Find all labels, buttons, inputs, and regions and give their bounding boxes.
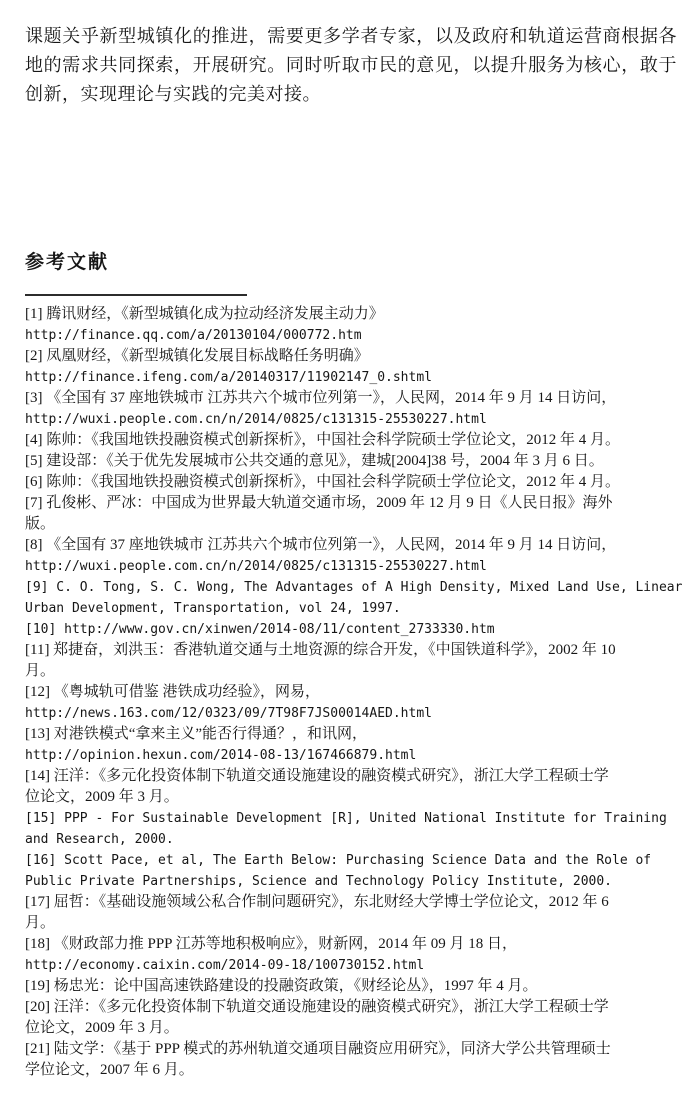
reference-text-line: [8] 《全国有 37 座地铁城市 江苏共六个城市位列第一》，人民网，2014 … [25, 535, 690, 556]
reference-entry: [16] Scott Pace, et al, The Earth Below:… [25, 850, 690, 892]
section-divider [25, 294, 247, 296]
reference-url-line: http://finance.qq.com/a/20130104/000772.… [25, 325, 690, 346]
reference-url-line: http://finance.ifeng.com/a/20140317/1190… [25, 367, 690, 388]
reference-text-line: 位论文，2009 年 3 月。 [25, 1018, 690, 1039]
reference-entry: [9] C. O. Tong, S. C. Wong, The Advantag… [25, 577, 690, 619]
reference-text-line: [14] 汪洋：《多元化投资体制下轨道交通设施建设的融资模式研究》，浙江大学工程… [25, 766, 690, 787]
reference-text-line: 位论文，2009 年 3 月。 [25, 787, 690, 808]
reference-entry: [13] 对港铁模式“拿来主义”能否行得通？，和讯网，http://opinio… [25, 724, 690, 766]
reference-text-line: [17] 屈哲：《基础设施领域公私合作制问题研究》，东北财经大学博士学位论文，2… [25, 892, 690, 913]
reference-entry: [4] 陈帅：《我国地铁投融资模式创新探析》，中国社会科学院硕士学位论文，201… [25, 430, 690, 451]
reference-entry: [12] 《粤城轨可借鉴 港铁成功经验》，网易，http://news.163.… [25, 682, 690, 724]
reference-entry: [17] 屈哲：《基础设施领域公私合作制问题研究》，东北财经大学博士学位论文，2… [25, 892, 690, 934]
intro-paragraph: 课题关乎新型城镇化的推进，需要更多学者专家，以及政府和轨道运营商根据各地的需求共… [25, 22, 677, 109]
reference-entry: [3] 《全国有 37 座地铁城市 江苏共六个城市位列第一》，人民网，2014 … [25, 388, 690, 430]
reference-text-line: [1] 腾讯财经，《新型城镇化成为拉动经济发展主动力》 [25, 304, 690, 325]
reference-entry: [1] 腾讯财经，《新型城镇化成为拉动经济发展主动力》http://financ… [25, 304, 690, 346]
reference-text-line: [9] C. O. Tong, S. C. Wong, The Advantag… [25, 577, 690, 598]
reference-url-line: http://news.163.com/12/0323/09/7T98F7JS0… [25, 703, 690, 724]
reference-text-line: [7] 孔俊彬、严冰：中国成为世界最大轨道交通市场，2009 年 12 月 9 … [25, 493, 690, 514]
reference-entry: [18] 《财政部力推 PPP 江苏等地积极响应》，财新网，2014 年 09 … [25, 934, 690, 976]
reference-url-line: http://economy.caixin.com/2014-09-18/100… [25, 955, 690, 976]
reference-text-line: [19] 杨忠光：论中国高速铁路建设的投融资政策，《财经论丛》，1997 年 4… [25, 976, 690, 997]
reference-text-line: [20] 汪洋：《多元化投资体制下轨道交通设施建设的融资模式研究》，浙江大学工程… [25, 997, 690, 1018]
reference-entry: [2] 凤凰财经，《新型城镇化发展目标战略任务明确》http://finance… [25, 346, 690, 388]
reference-entry: [15] PPP - For Sustainable Development [… [25, 808, 690, 850]
reference-url-line: http://wuxi.people.com.cn/n/2014/0825/c1… [25, 409, 690, 430]
reference-entry: [10] http://www.gov.cn/xinwen/2014-08/11… [25, 619, 690, 640]
reference-entry: [6] 陈帅：《我国地铁投融资模式创新探析》，中国社会科学院硕士学位论文，201… [25, 472, 690, 493]
references-heading: 参考文献 [25, 247, 109, 274]
reference-text-line: 版。 [25, 514, 690, 535]
reference-entry: [21] 陆文学：《基于 PPP 模式的苏州轨道交通项目融资应用研究》，同济大学… [25, 1039, 690, 1081]
reference-text-line: [3] 《全国有 37 座地铁城市 江苏共六个城市位列第一》，人民网，2014 … [25, 388, 690, 409]
reference-text-line: [12] 《粤城轨可借鉴 港铁成功经验》，网易， [25, 682, 690, 703]
reference-entry: [11] 郑捷奋，刘洪玉：香港轨道交通与土地资源的综合开发，《中国铁道科学》，2… [25, 640, 690, 682]
reference-entry: [8] 《全国有 37 座地铁城市 江苏共六个城市位列第一》，人民网，2014 … [25, 535, 690, 577]
reference-entry: [20] 汪洋：《多元化投资体制下轨道交通设施建设的融资模式研究》，浙江大学工程… [25, 997, 690, 1039]
reference-text-line: 月。 [25, 661, 690, 682]
reference-text-line: [2] 凤凰财经，《新型城镇化发展目标战略任务明确》 [25, 346, 690, 367]
document-page: 课题关乎新型城镇化的推进，需要更多学者专家，以及政府和轨道运营商根据各地的需求共… [0, 0, 700, 1105]
reference-text-line: Public Private Partnerships, Science and… [25, 871, 690, 892]
reference-text-line: [21] 陆文学：《基于 PPP 模式的苏州轨道交通项目融资应用研究》，同济大学… [25, 1039, 690, 1060]
reference-text-line: [4] 陈帅：《我国地铁投融资模式创新探析》，中国社会科学院硕士学位论文，201… [25, 430, 690, 451]
reference-entry: [7] 孔俊彬、严冰：中国成为世界最大轨道交通市场，2009 年 12 月 9 … [25, 493, 690, 535]
reference-text-line: [15] PPP - For Sustainable Development [… [25, 808, 690, 829]
reference-text-line: [5] 建设部：《关于优先发展城市公共交通的意见》，建城[2004]38 号，2… [25, 451, 690, 472]
reference-text-line: 学位论文，2007 年 6 月。 [25, 1060, 690, 1081]
reference-text-line: [6] 陈帅：《我国地铁投融资模式创新探析》，中国社会科学院硕士学位论文，201… [25, 472, 690, 493]
reference-text-line: [11] 郑捷奋，刘洪玉：香港轨道交通与土地资源的综合开发，《中国铁道科学》，2… [25, 640, 690, 661]
reference-text-line: [16] Scott Pace, et al, The Earth Below:… [25, 850, 690, 871]
reference-url-line: [10] http://www.gov.cn/xinwen/2014-08/11… [25, 619, 690, 640]
reference-text-line: [18] 《财政部力推 PPP 江苏等地积极响应》，财新网，2014 年 09 … [25, 934, 690, 955]
references-list: [1] 腾讯财经，《新型城镇化成为拉动经济发展主动力》http://financ… [25, 304, 690, 1081]
reference-url-line: http://wuxi.people.com.cn/n/2014/0825/c1… [25, 556, 690, 577]
reference-entry: [19] 杨忠光：论中国高速铁路建设的投融资政策，《财经论丛》，1997 年 4… [25, 976, 690, 997]
reference-entry: [5] 建设部：《关于优先发展城市公共交通的意见》，建城[2004]38 号，2… [25, 451, 690, 472]
reference-entry: [14] 汪洋：《多元化投资体制下轨道交通设施建设的融资模式研究》，浙江大学工程… [25, 766, 690, 808]
reference-text-line: Urban Development, Transportation, vol 2… [25, 598, 690, 619]
reference-url-line: http://opinion.hexun.com/2014-08-13/1674… [25, 745, 690, 766]
reference-text-line: and Research, 2000. [25, 829, 690, 850]
reference-text-line: [13] 对港铁模式“拿来主义”能否行得通？，和讯网， [25, 724, 690, 745]
reference-text-line: 月。 [25, 913, 690, 934]
